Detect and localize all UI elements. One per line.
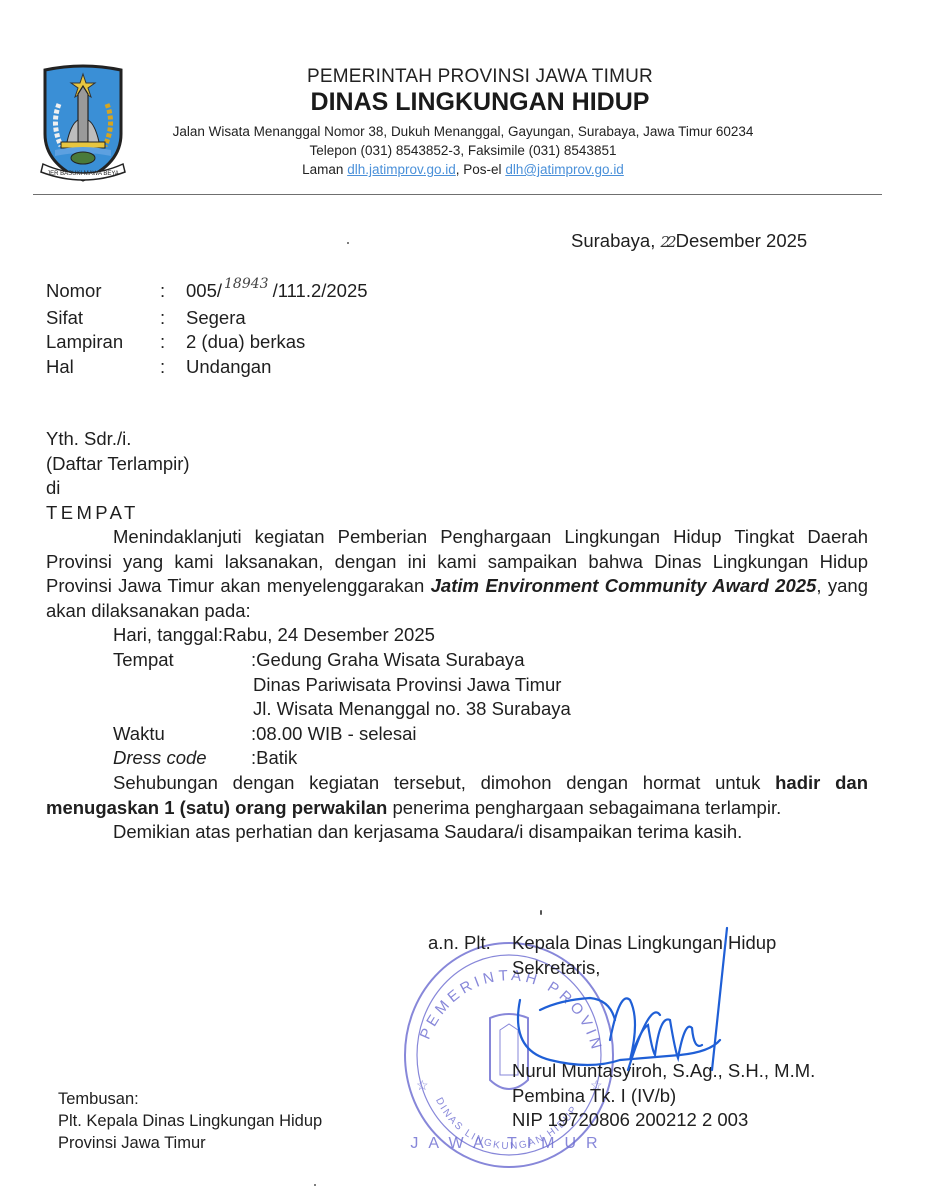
cc-block: Tembusan: Plt. Kepala Dinas Lingkungan H…	[58, 1088, 322, 1154]
scan-speck	[314, 1184, 316, 1186]
meta-label: Sifat	[46, 306, 160, 331]
detail-value: Batik	[256, 746, 297, 771]
detail-venue: Tempat: Gedung Graha Wisata Surabaya	[113, 648, 868, 673]
meta-label: Nomor	[46, 279, 160, 306]
date-month-year: Desember 2025	[676, 230, 808, 251]
detail-value: 08.00 WIB - selesai	[256, 722, 416, 747]
email-link[interactable]: dlh@jatimprov.go.id	[505, 162, 624, 177]
meta-colon: :	[160, 355, 186, 380]
agency-address: Jalan Wisata Menanggal Nomor 38, Dukuh M…	[0, 124, 927, 139]
number-suffix: /111.2/2025	[273, 280, 368, 301]
detail-time: Waktu: 08.00 WIB - selesai	[113, 722, 868, 747]
website-label: Laman	[302, 162, 343, 177]
meta-row-sifat: Sifat : Segera	[46, 306, 368, 331]
event-name: Jatim Environment Community Award 2025	[431, 575, 817, 596]
svg-text:☆: ☆	[416, 1077, 429, 1093]
detail-label: Dress code	[113, 746, 251, 771]
request-end: penerima penghargaan sebagaimana terlamp…	[387, 797, 781, 818]
detail-label: Hari, tanggal	[113, 623, 218, 648]
meta-colon: :	[160, 279, 186, 306]
meta-value: Segera	[186, 306, 246, 331]
paragraph-closing: Demikian atas perhatian dan kerjasama Sa…	[46, 820, 868, 845]
agency-contacts: Laman dlh.jatimprov.go.id, Pos-el dlh@ja…	[0, 162, 927, 177]
email-label: , Pos-el	[456, 162, 502, 177]
detail-value: Gedung Graha Wisata Surabaya	[256, 648, 524, 673]
meta-label: Hal	[46, 355, 160, 380]
agency-name: DINAS LINGKUNGAN HIDUP	[0, 88, 927, 117]
website-link[interactable]: dlh.jatimprov.go.id	[347, 162, 456, 177]
meta-value: Undangan	[186, 355, 271, 380]
letter-body: Menindaklanjuti kegiatan Pemberian Pengh…	[46, 525, 868, 845]
paragraph-intro: Menindaklanjuti kegiatan Pemberian Pengh…	[46, 525, 868, 623]
scan-speck	[347, 242, 349, 244]
cc-label: Tembusan:	[58, 1088, 322, 1110]
government-name: PEMERINTAH PROVINSI JAWA TIMUR	[0, 66, 927, 88]
cc-recipient: Provinsi Jawa Timur	[58, 1132, 322, 1154]
number-handwritten: 18943	[224, 276, 269, 292]
meta-colon: :	[160, 330, 186, 355]
paragraph-request: Sehubungan dengan kegiatan tersebut, dim…	[46, 771, 868, 820]
cc-recipient: Plt. Kepala Dinas Lingkungan Hidup	[58, 1110, 322, 1132]
letterhead-divider	[33, 194, 882, 195]
meta-value: 2 (dua) berkas	[186, 330, 305, 355]
detail-day: Hari, tanggal: Rabu, 24 Desember 2025	[113, 623, 868, 648]
meta-colon: :	[160, 306, 186, 331]
event-details: Hari, tanggal: Rabu, 24 Desember 2025 Te…	[46, 623, 868, 771]
scan-speck	[540, 910, 542, 915]
meta-value: 005/18943/111.2/2025	[186, 279, 368, 306]
date-day-handwritten: 22	[660, 233, 673, 251]
date-city: Surabaya,	[571, 230, 655, 251]
detail-venue-line: Dinas Pariwisata Provinsi Jawa Timur	[113, 673, 868, 698]
detail-venue-line: Jl. Wisata Menanggal no. 38 Surabaya	[113, 697, 868, 722]
detail-label: Waktu	[113, 722, 251, 747]
meta-label: Lampiran	[46, 330, 160, 355]
recipient-at: di	[46, 476, 190, 501]
meta-row-hal: Hal : Undangan	[46, 355, 368, 380]
recipient-salutation: Yth. Sdr./i.	[46, 427, 190, 452]
recipient-name: (Daftar Terlampir)	[46, 452, 190, 477]
recipient-block: Yth. Sdr./i. (Daftar Terlampir) di TEMPA…	[46, 427, 190, 525]
letter-date: Surabaya, 22Desember 2025	[571, 229, 807, 255]
detail-dress: Dress code: Batik	[113, 746, 868, 771]
detail-value: Rabu, 24 Desember 2025	[223, 623, 435, 648]
handwritten-signature-icon	[480, 920, 740, 1120]
agency-phone-fax: Telepon (031) 8543852-3, Faksimile (031)…	[0, 143, 927, 158]
request-text: Sehubungan dengan kegiatan tersebut, dim…	[113, 772, 775, 793]
meta-row-nomor: Nomor : 005/18943/111.2/2025	[46, 279, 368, 306]
meta-row-lampiran: Lampiran : 2 (dua) berkas	[46, 330, 368, 355]
number-prefix: 005/	[186, 280, 222, 301]
letter-meta: Nomor : 005/18943/111.2/2025 Sifat : Seg…	[46, 279, 368, 379]
recipient-place: TEMPAT	[46, 501, 190, 526]
detail-label: Tempat	[113, 648, 251, 673]
svg-text:JAWA TIMUR: JAWA TIMUR	[410, 1135, 607, 1152]
